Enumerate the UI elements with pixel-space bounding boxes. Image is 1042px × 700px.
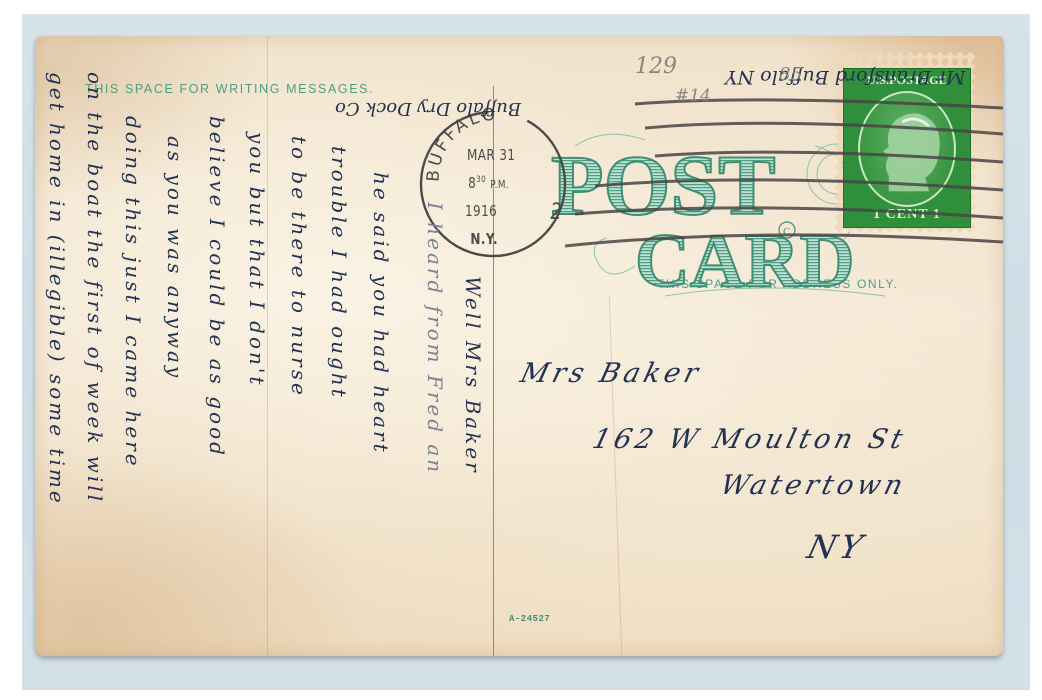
message-line: get home in (illegible) some time <box>45 72 69 506</box>
card-serial-number: A-24527 <box>509 614 550 624</box>
postcard: THIS SPACE FOR WRITING MESSAGES. THIS SP… <box>35 36 1003 656</box>
message-space-header: THIS SPACE FOR WRITING MESSAGES. <box>85 82 374 96</box>
pencil-mark: #14 <box>675 86 711 106</box>
washington-portrait-icon <box>858 91 956 207</box>
pencil-number: 129 <box>635 54 677 79</box>
message-line: you but that I don't <box>245 132 269 387</box>
postmark-state: N.Y. <box>470 230 497 248</box>
postmark-time: 830 P.M. <box>468 174 509 192</box>
postmark-station-number: 2 <box>550 200 562 225</box>
postmark-year: 1916 <box>465 202 497 220</box>
svg-text:CARD: CARD <box>635 219 855 303</box>
message-line: trouble I had ought <box>327 146 351 400</box>
upside-down-note-addressee: Mr Bransford Buffalo NY <box>725 66 965 88</box>
message-line: believe I could be as good <box>205 116 229 458</box>
message-line: doing this just I came here <box>121 116 145 469</box>
message-line: to be there to nurse <box>287 136 311 398</box>
address-line-state: NY <box>804 528 871 566</box>
upside-down-note-company: Buffalo Dry Dock Co <box>335 98 521 119</box>
emblem-monogram: C <box>783 226 790 238</box>
pencil-corner-mark: 85 <box>779 64 802 85</box>
crease-line <box>609 296 623 656</box>
address-line-street: 162 W Moulton St <box>589 424 910 455</box>
postmark-date: MAR 31 <box>467 146 515 164</box>
address-line-city: Watertown <box>717 470 910 501</box>
message-line: as you was anyway <box>163 136 187 380</box>
message-line: on the boat the first of week will <box>83 72 107 504</box>
stamp-bottom-label: 1 CENT 1 <box>844 207 970 223</box>
postage-stamp: U.S.POSTAGE 1 CENT 1 <box>843 68 971 228</box>
message-line: I heard from Fred an <box>423 202 447 475</box>
message-line: he said you had heart <box>369 172 393 455</box>
card-lettering: CARD <box>635 219 855 303</box>
address-line-recipient: Mrs Baker <box>517 358 705 389</box>
message-line: Well Mrs Baker <box>461 276 485 475</box>
